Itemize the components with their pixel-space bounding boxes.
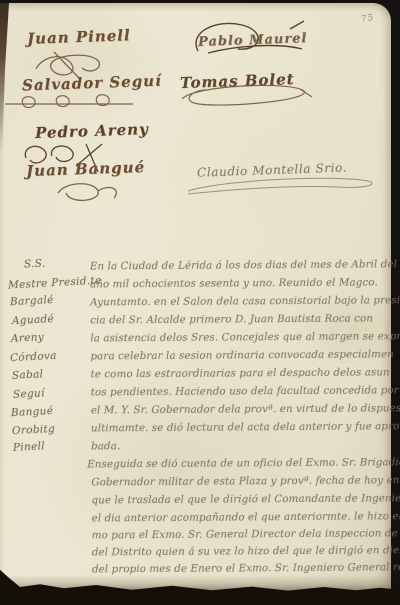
margin-attendee: Córdova xyxy=(10,350,57,364)
signature-left-4: Juan Bangué xyxy=(26,158,146,180)
body-line: del propio mes de Enero el Exmo. Sr. Ing… xyxy=(92,561,400,575)
margin-attendee: Areny xyxy=(11,331,45,345)
rubric-flourish xyxy=(186,175,380,197)
body-line: Ayuntamto. en el Salon dela casa consist… xyxy=(90,294,400,308)
margin-attendee: S.S. xyxy=(24,257,46,270)
manuscript-photo: 75 Juan Pinell Salvador Seguí Pedro Aren… xyxy=(0,0,400,605)
body-line: te como las estraordinarias para el desp… xyxy=(91,366,390,380)
body-line: el M. Y. Sr. Gobernador dela provª. en v… xyxy=(91,402,400,416)
margin-attendee: Aguadé xyxy=(12,313,55,327)
margin-attendee: Seguí xyxy=(13,387,45,401)
rubric-flourish xyxy=(172,81,316,111)
body-line: tos pendientes. Haciendo uso dela facult… xyxy=(91,384,399,398)
binding-shadow xyxy=(0,3,9,153)
body-line: la asistencia delos Sres. Concejales que… xyxy=(90,330,400,344)
margin-attendee: Pinell xyxy=(13,440,46,454)
manuscript-page: 75 Juan Pinell Salvador Seguí Pedro Aren… xyxy=(0,3,391,591)
body-line: En la Ciudad de Lérida á los dos dias de… xyxy=(90,258,397,272)
body-line: año mil ochocientos sesenta y uno. Reuni… xyxy=(90,276,378,290)
body-line: ultimamte. se dió lectura del acta dela … xyxy=(91,420,400,434)
body-line: bada. xyxy=(91,440,120,452)
body-line: cia del Sr. Alcalde primero D. Juan Baut… xyxy=(90,312,373,326)
margin-attendee: Orobitg xyxy=(12,423,56,437)
body-line: Gobernador militar de esta Plaza y provª… xyxy=(91,474,399,488)
page-number: 75 xyxy=(360,13,375,25)
body-line: para celebrar la sesion ordinaria convoc… xyxy=(90,348,393,362)
rubric-flourish xyxy=(50,179,132,205)
signature-left-2: Salvador Seguí xyxy=(22,72,162,95)
body-line: del Distrito quien á su vez lo hizo del … xyxy=(92,544,400,558)
rubric-flourish xyxy=(186,19,314,63)
body-line: el dia anterior acompañando el que anter… xyxy=(92,510,400,524)
signature-left-3: Pedro Areny xyxy=(35,120,149,142)
signature-left-1: Juan Pinell xyxy=(27,26,131,48)
rubric-flourish xyxy=(3,92,135,112)
margin-attendee: Mestre Presid.te xyxy=(8,275,102,292)
body-line: Enseguida se dió cuenta de un oficio del… xyxy=(87,456,400,470)
margin-attendee: Bangué xyxy=(11,405,54,419)
margin-attendee: Sabal xyxy=(12,368,44,382)
body-line: que le traslada el que le dirigió el Com… xyxy=(91,492,400,506)
body-line: mo para el Exmo. Sr. General Director de… xyxy=(92,527,400,542)
margin-attendee: Bargalé xyxy=(10,294,54,308)
